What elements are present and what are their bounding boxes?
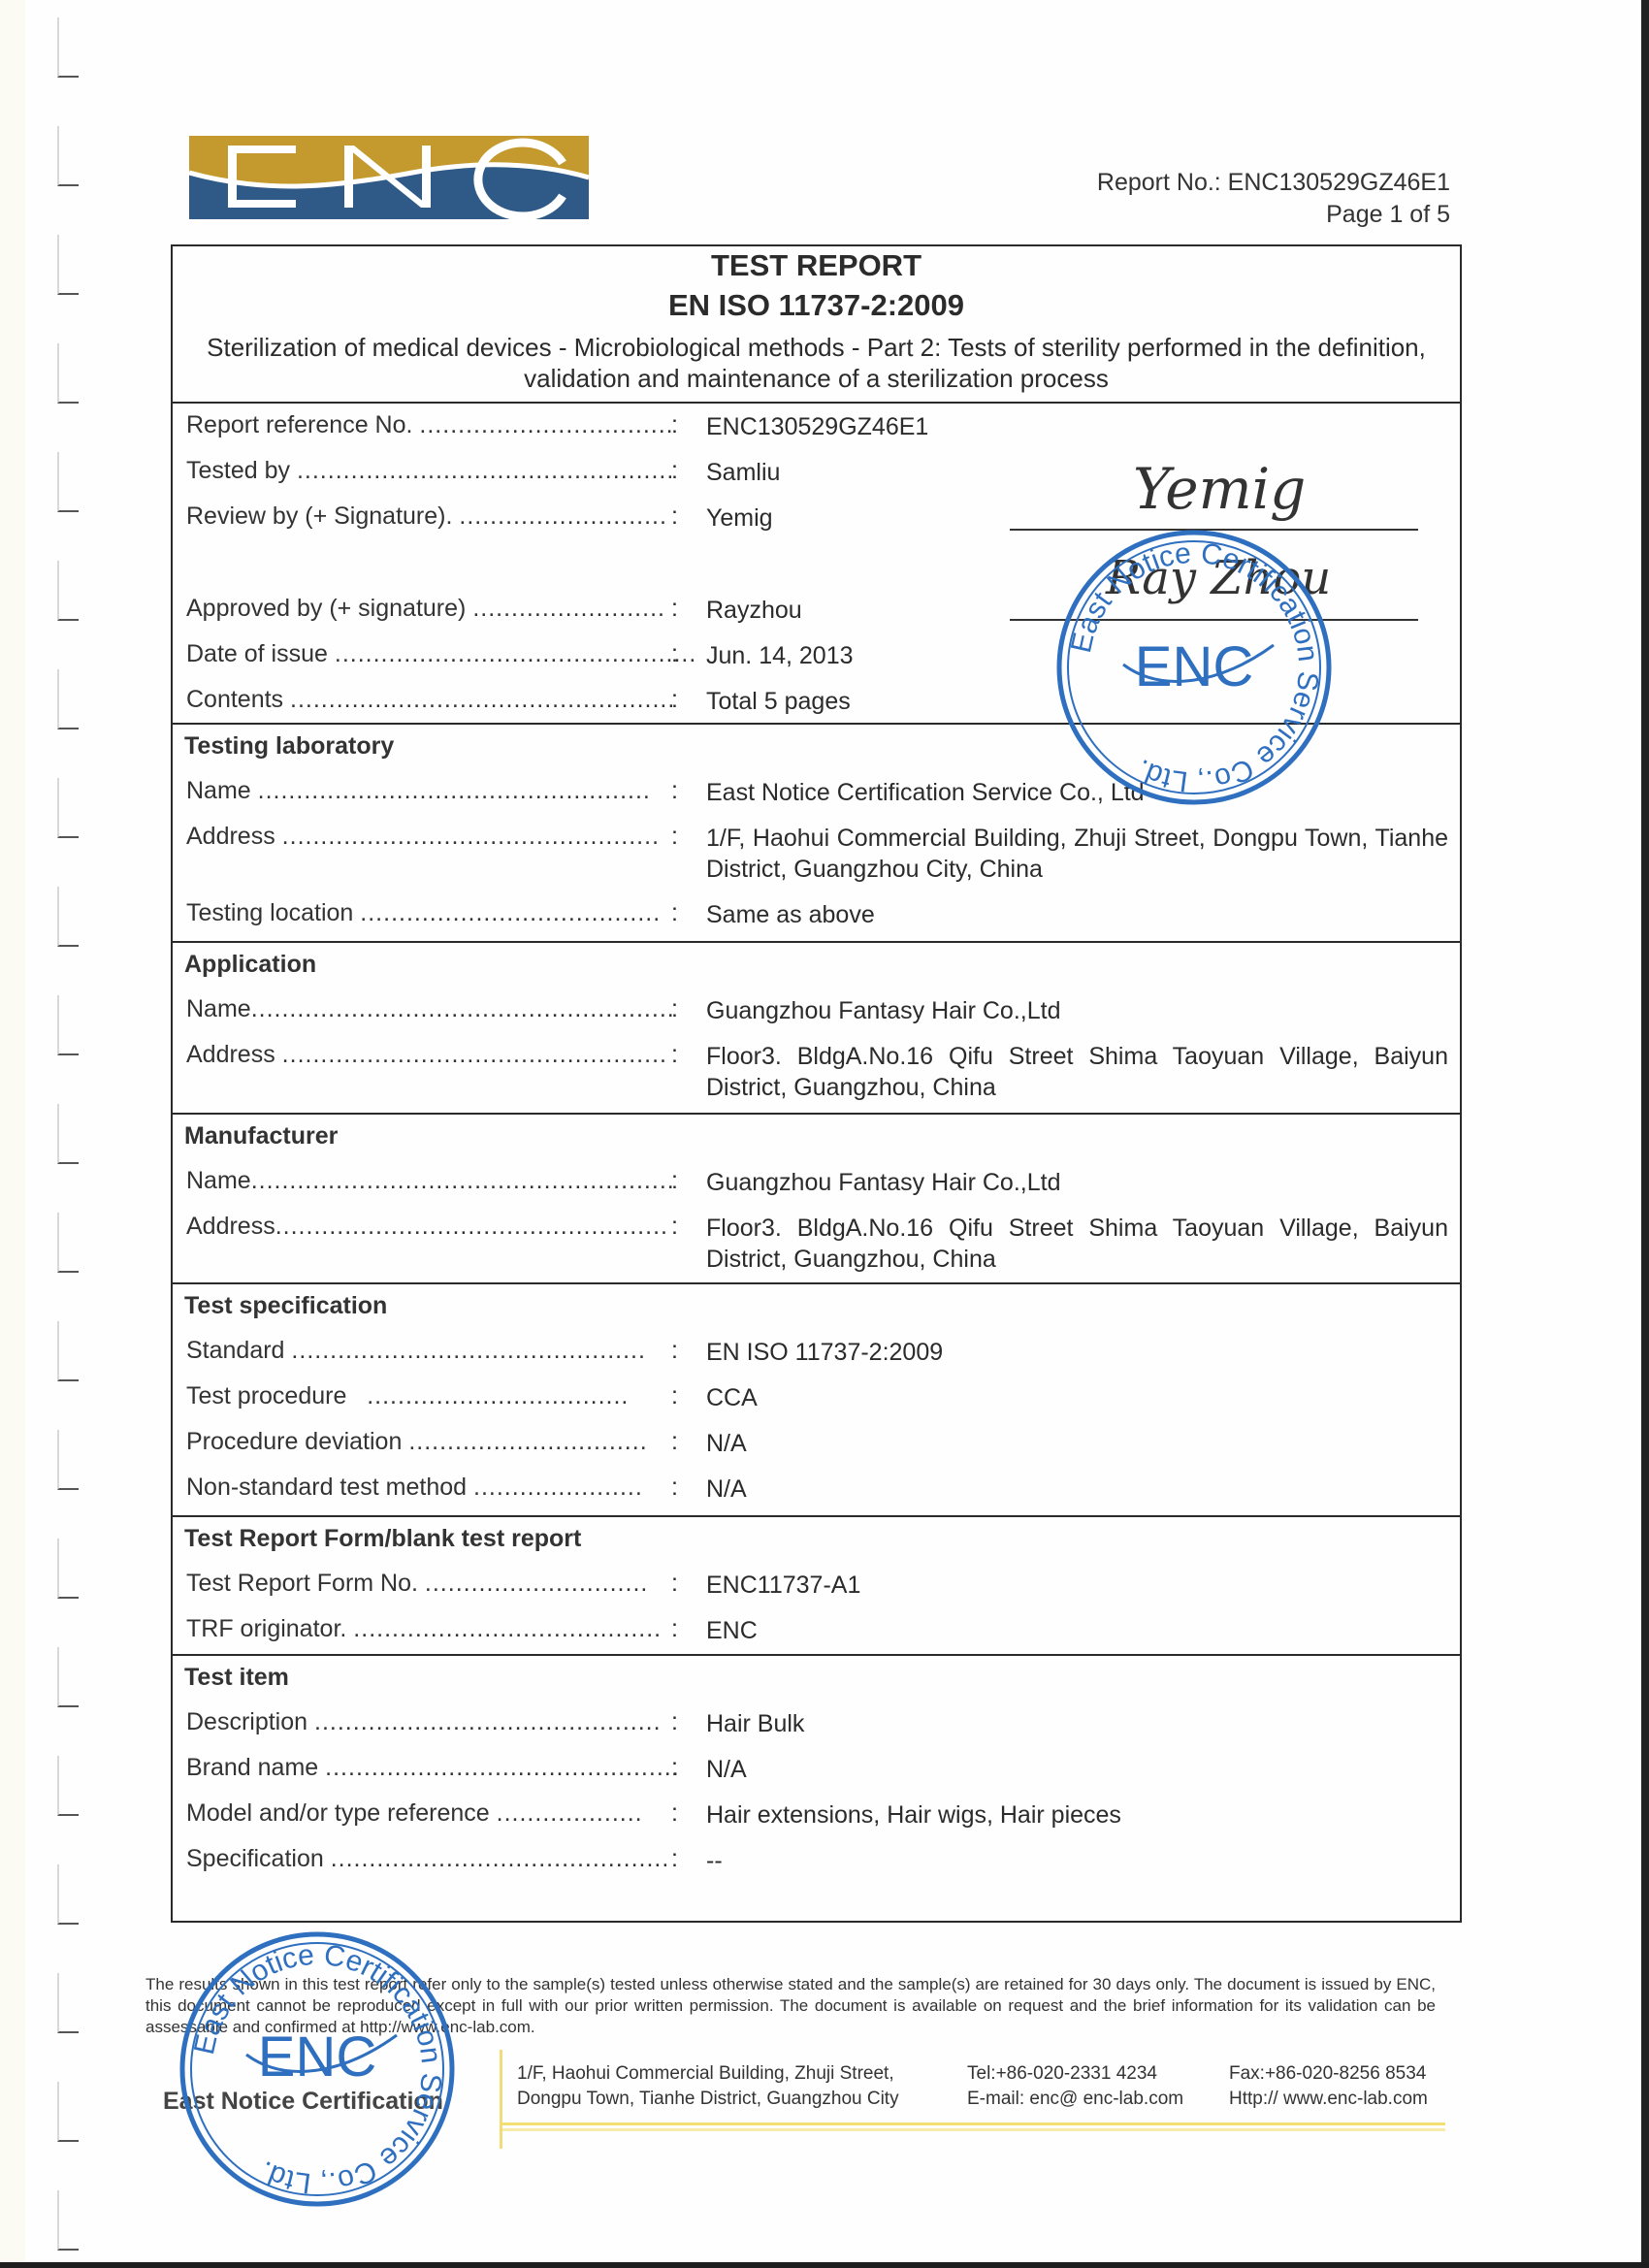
footer-divider-vertical	[500, 2050, 502, 2149]
report-number-block: Report No.: ENC130529GZ46E1 Page 1 of 5	[1097, 167, 1450, 231]
binder-ring-mark	[57, 561, 79, 621]
field-label: Address ................................…	[186, 1041, 710, 1069]
field-value: Guangzhou Fantasy Hair Co.,Ltd	[706, 1167, 1448, 1198]
field-label: Address.................................…	[186, 1213, 710, 1241]
field-label: Report reference No. ...................…	[186, 411, 710, 439]
section-test-specification: Test specification Standard ............…	[173, 1284, 1460, 1517]
enc-logo-icon	[189, 136, 589, 219]
field-value: Floor3. BldgA.No.16 Qifu Street Shima Ta…	[706, 1213, 1448, 1275]
field-value: ENC11737-A1	[706, 1570, 1448, 1601]
field-label: Test procedure .........................…	[186, 1382, 710, 1410]
binder-ring-mark	[57, 1539, 79, 1599]
field-label: Description ............................…	[186, 1708, 710, 1736]
field-value: 1/F, Haohui Commercial Building, Zhuji S…	[706, 823, 1448, 885]
field-value: Hair Bulk	[706, 1708, 1448, 1739]
binder-ring-mark	[57, 1430, 79, 1490]
field-value: N/A	[706, 1474, 1448, 1505]
binder-ring-mark	[57, 1104, 79, 1164]
report-number: Report No.: ENC130529GZ46E1	[1097, 167, 1450, 199]
review-signature: Yemig	[1133, 456, 1306, 522]
field-value: Floor3. BldgA.No.16 Qifu Street Shima Ta…	[706, 1041, 1448, 1103]
binder-ring-mark	[57, 1756, 79, 1816]
binder-ring-mark	[57, 2190, 79, 2251]
footer-divider	[500, 2128, 1445, 2131]
scan-edge-bottom	[0, 2262, 1649, 2268]
field-value: CCA	[706, 1382, 1448, 1413]
field-label: Name....................................…	[186, 1167, 710, 1195]
field-label: Name....................................…	[186, 995, 710, 1023]
footer-contact-2: Fax:+86-020-8256 8534 Http:// www.enc-la…	[1229, 2061, 1428, 2112]
footer-address: 1/F, Haohui Commercial Building, Zhuji S…	[517, 2061, 899, 2112]
footer-tel: Tel:+86-020-2331 4234	[967, 2061, 1183, 2087]
section-manufacturer: Manufacturer Name.......................…	[173, 1115, 1460, 1284]
footer-email[interactable]: E-mail: enc@ enc-lab.com	[967, 2087, 1183, 2112]
binder-ring-mark	[57, 235, 79, 295]
binder-ring-mark	[57, 1647, 79, 1707]
footer-website[interactable]: Http:// www.enc-lab.com	[1229, 2087, 1428, 2112]
enc-logo	[189, 136, 589, 219]
binder-ring-mark	[57, 343, 79, 404]
section-title: Testing laboratory	[184, 732, 394, 761]
field-value: ENC	[706, 1615, 1448, 1646]
field-label: Standard ...............................…	[186, 1337, 710, 1365]
binder-ring-mark	[57, 2082, 79, 2142]
section-test-item: Test item Description ..................…	[173, 1656, 1460, 1921]
report-title: TEST REPORT	[173, 248, 1460, 283]
field-label: Contents ...............................…	[186, 686, 710, 714]
field-label: Model and/or type reference ............…	[186, 1799, 710, 1828]
binder-ring-mark	[57, 452, 79, 512]
report-subtitle: Sterilization of medical devices - Micro…	[192, 332, 1440, 394]
field-value: EN ISO 11737-2:2009	[706, 1337, 1448, 1368]
binder-ring-mark	[57, 669, 79, 729]
binder-ring-mark	[57, 1864, 79, 1925]
section-title: Test item	[184, 1664, 289, 1692]
binder-ring-mark	[57, 887, 79, 947]
field-label: Name ...................................…	[186, 777, 710, 805]
field-value: Hair extensions, Hair wigs, Hair pieces	[706, 1799, 1448, 1831]
footer-stamp: East Notice Certification Service Co., L…	[178, 1930, 456, 2208]
field-label: Specification ..........................…	[186, 1845, 710, 1873]
scan-edge-right	[1641, 0, 1649, 2268]
field-value: Same as above	[706, 899, 1448, 930]
field-label: Address ................................…	[186, 823, 710, 851]
field-label: Non-standard test method ...............…	[186, 1474, 710, 1502]
field-value: N/A	[706, 1428, 1448, 1459]
section-title: Application	[184, 951, 316, 979]
field-label: Testing location .......................…	[186, 899, 710, 927]
field-value: N/A	[706, 1754, 1448, 1785]
section-application: Application Name........................…	[173, 943, 1460, 1115]
page-indicator: Page 1 of 5	[1097, 199, 1450, 231]
binder-ring-mark	[57, 1973, 79, 2033]
field-label: Procedure deviation ....................…	[186, 1428, 710, 1456]
company-stamp: East Notice Certification Service Co., L…	[1055, 529, 1333, 806]
binder-ring-mark	[57, 126, 79, 186]
field-label: Test Report Form No. ...................…	[186, 1570, 710, 1598]
footer-contact: Tel:+86-020-2331 4234 E-mail: enc@ enc-l…	[967, 2061, 1183, 2112]
field-label: Brand name .............................…	[186, 1754, 710, 1782]
field-value: ENC130529GZ46E1	[706, 411, 1448, 442]
report-standard: EN ISO 11737-2:2009	[173, 288, 1460, 323]
footer-divider	[500, 2122, 1445, 2125]
page-margin	[0, 0, 25, 2268]
binder-ring-mark	[57, 1213, 79, 1273]
report-title-block: TEST REPORT EN ISO 11737-2:2009 Steriliz…	[173, 246, 1460, 404]
field-value: Guangzhou Fantasy Hair Co.,Ltd	[706, 995, 1448, 1026]
binder-ring-mark	[57, 778, 79, 838]
section-trf: Test Report Form/blank test report Test …	[173, 1517, 1460, 1656]
binder-ring-mark	[57, 995, 79, 1055]
footer-fax: Fax:+86-020-8256 8534	[1229, 2061, 1428, 2087]
section-title: Test specification	[184, 1292, 387, 1320]
field-label: TRF originator. ........................…	[186, 1615, 710, 1643]
field-label: Approved by (+ signature) ..............…	[186, 595, 710, 623]
field-value: Samliu	[706, 457, 1448, 488]
field-label: Date of issue ..........................…	[186, 640, 710, 668]
enc-stamp-icon: East Notice Certification Service Co., L…	[178, 1930, 456, 2208]
field-label: Review by (+ Signature). ...............…	[186, 502, 710, 531]
binder-ring-mark	[57, 1321, 79, 1381]
field-label: Tested by ..............................…	[186, 457, 710, 485]
enc-stamp-icon: East Notice Certification Service Co., L…	[1055, 529, 1333, 806]
section-title: Test Report Form/blank test report	[184, 1525, 581, 1553]
section-title: Manufacturer	[184, 1122, 338, 1150]
field-value: --	[706, 1845, 1448, 1876]
binder-ring-mark	[57, 17, 79, 78]
